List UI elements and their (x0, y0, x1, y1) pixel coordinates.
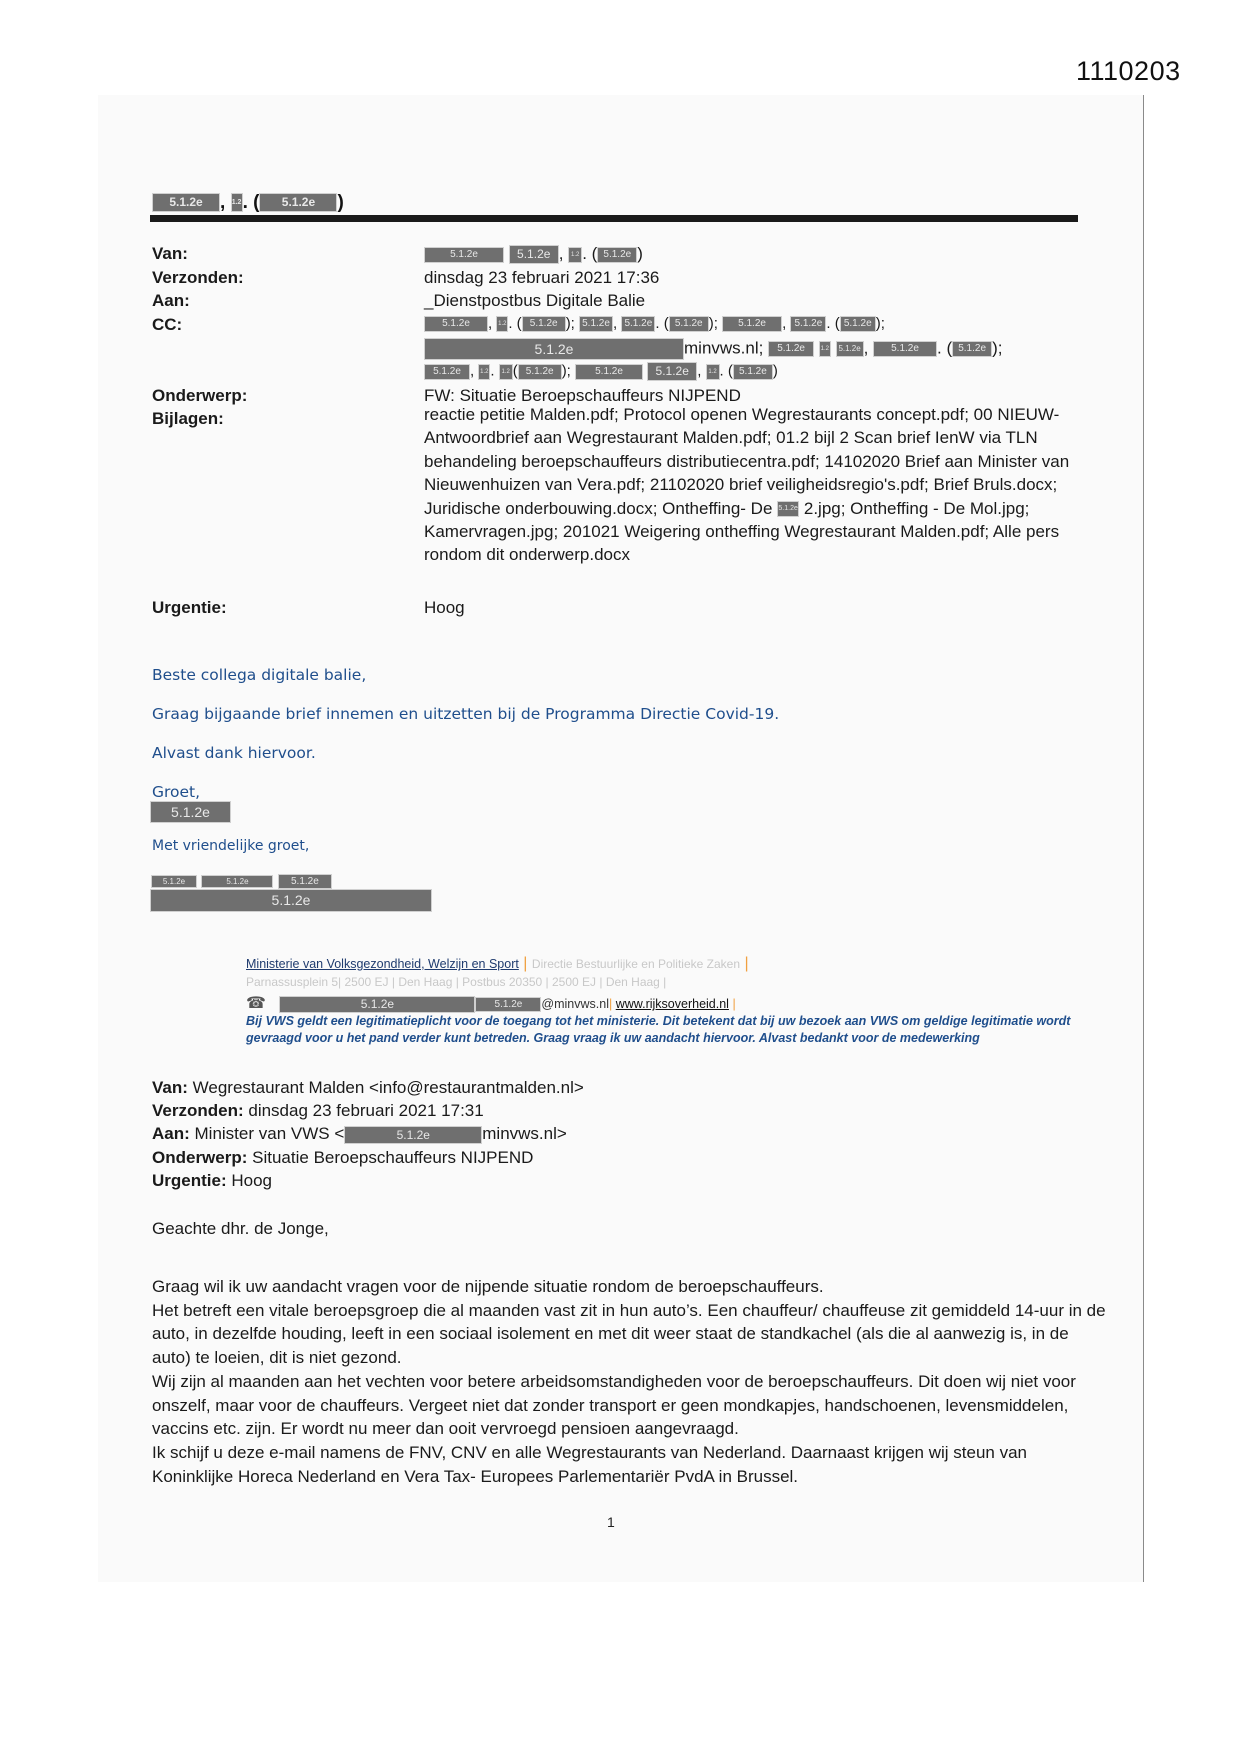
redaction: 5.1.2e (518, 364, 562, 380)
orig-to-prefix: Minister van VWS < (195, 1124, 345, 1143)
redaction: 5.1.2e (790, 316, 826, 332)
redaction: 5.1.2e (647, 362, 697, 381)
email-domain: @minvws.nl (541, 997, 609, 1011)
redaction: 5.1.2e (669, 316, 709, 332)
redaction: 1.2 (496, 316, 508, 332)
redaction: 1.2 (568, 247, 582, 263)
punctuation: . ( (243, 192, 260, 213)
redaction: 5.1.2e (873, 341, 937, 357)
orig-subject: Onderwerp: Situatie Beroepschauffeurs NI… (152, 1148, 533, 1168)
paragraph: Ik schijf u deze e-mail namens de FNV, C… (152, 1441, 1112, 1488)
redaction: 5.1.2e (279, 996, 475, 1013)
separator: | (609, 997, 612, 1011)
orig-sent: Verzonden: dinsdag 23 februari 2021 17:3… (152, 1101, 484, 1121)
orig-urgency-value: Hoog (231, 1171, 272, 1190)
redaction: 5.1.2e (259, 193, 337, 212)
punctuation: ) (337, 192, 343, 213)
redaction: 5.1.2e (424, 316, 488, 332)
page-number: 1 (607, 1514, 615, 1530)
redaction: 5.1.2e (424, 247, 504, 263)
paragraph: Wij zijn al maanden aan het vechten voor… (152, 1370, 1112, 1441)
attachments-label: Bijlagen: (152, 409, 224, 429)
redaction: 5.1.2e (150, 801, 231, 823)
redaction: 5.1.2e (952, 341, 992, 357)
orig-sent-value: dinsdag 23 februari 2021 17:31 (248, 1101, 483, 1120)
orig-to: Aan: Minister van VWS <5.1.2eminvws.nl> (152, 1124, 567, 1144)
redaction: 5.1.2e (575, 364, 643, 380)
redaction: 5.1.2e (424, 364, 470, 380)
from-label: Van: (152, 244, 188, 264)
signature-contact-line: ☎ 5.1.2e5.1.2e@minvws.nl| www.rijksoverh… (246, 993, 736, 1013)
telephone-icon: ☎ (246, 995, 266, 1012)
redaction: 1.2 (706, 364, 720, 380)
redaction: 5.1.2e (344, 1126, 482, 1144)
redaction: 5.1.2e (150, 889, 432, 912)
subject-label: Onderwerp: (152, 386, 247, 406)
legitimation-notice: Bij VWS geldt een legitimatieplicht voor… (246, 1013, 1086, 1046)
orig-subject-label: Onderwerp: (152, 1148, 247, 1167)
redaction: 5.1.2e (840, 316, 876, 332)
redaction: 5.1.2e (278, 874, 332, 889)
redaction: 5.1.2e (768, 341, 814, 357)
from-value: 5.1.2e 5.1.2e, 1.2. (5.1.2e) (424, 244, 643, 264)
sent-value: dinsdag 23 februari 2021 17:36 (424, 268, 659, 288)
closing: Groet, (152, 783, 200, 801)
signature-title-redacted: 5.1.2e (150, 889, 432, 912)
orig-to-suffix: minvws.nl> (482, 1124, 567, 1143)
urgency-value: Hoog (424, 598, 465, 618)
directorate: Directie Bestuurlijke en Politieke Zaken (532, 957, 740, 971)
to-value: _Dienstpostbus Digitale Balie (424, 291, 645, 311)
redaction: 5.1.2e (836, 341, 864, 357)
redaction: 5.1.2e (475, 997, 541, 1012)
orig-from-value: Wegrestaurant Malden <info@restaurantmal… (193, 1078, 584, 1097)
redaction: 5.1.2e (777, 501, 799, 517)
attachments-value: reactie petitie Malden.pdf; Protocol ope… (424, 403, 1074, 567)
separator: | (523, 955, 527, 972)
redaction: 5.1.2e (597, 247, 637, 263)
paragraph: Graag wil ik uw aandacht vragen voor de … (152, 1275, 1112, 1299)
sent-label: Verzonden: (152, 268, 244, 288)
separator: | (732, 997, 735, 1011)
header-rule (150, 215, 1078, 222)
mailbox-owner-line: 5.1.2e, 1.2. (5.1.2e) (152, 192, 344, 214)
orig-urgency: Urgentie: Hoog (152, 1171, 272, 1191)
redaction: 5.1.2e (152, 193, 220, 212)
redaction: 5.1.2e (509, 245, 559, 264)
ministry-link[interactable]: Ministerie van Volksgezondheid, Welzijn … (246, 957, 519, 971)
cc-value-line3: 5.1.2e, 1.2. 1.2(5.1.2e); 5.1.2e 5.1.2e,… (424, 362, 778, 381)
paragraph: Het betreft een vitale beroepsgroep die … (152, 1299, 1112, 1370)
redaction: 1.2 (819, 341, 831, 357)
cc-value-line2: 5.1.2eminvws.nl; 5.1.2e 1.2 5.1.2e, 5.1.… (424, 338, 1003, 360)
orig-from-label: Van: (152, 1078, 188, 1097)
closing-2: Met vriendelijke groet, (152, 838, 309, 854)
redaction: 5.1.2e (722, 316, 782, 332)
separator: | (744, 955, 748, 972)
redaction: 5.1.2e (579, 316, 613, 332)
website-link[interactable]: www.rijksoverheid.nl (616, 997, 729, 1011)
orig-sent-label: Verzonden: (152, 1101, 244, 1120)
redaction: 5.1.2e (201, 875, 273, 888)
redaction: 5.1.2e (424, 338, 684, 360)
signature-address: Parnassusplein 5| 2500 EJ | Den Haag | P… (246, 975, 666, 989)
cc-domain: minvws.nl; (684, 338, 763, 357)
redaction: 5.1.2e (733, 364, 773, 380)
orig-from: Van: Wegrestaurant Malden <info@restaura… (152, 1078, 584, 1098)
orig-subject-value: Situatie Beroepschauffeurs NIJPEND (252, 1148, 533, 1167)
letter-body: Graag wil ik uw aandacht vragen voor de … (152, 1275, 1112, 1488)
redaction: 1.2 (231, 193, 243, 212)
redaction: 5.1.2e (151, 875, 197, 888)
orig-to-label: Aan: (152, 1124, 190, 1143)
to-label: Aan: (152, 291, 190, 311)
greeting: Beste collega digitale balie, (152, 666, 366, 684)
signature-ministry-line: Ministerie van Volksgezondheid, Welzijn … (246, 955, 749, 973)
salutation: Geachte dhr. de Jonge, (152, 1219, 329, 1239)
body-line-1: Graag bijgaande brief innemen en uitzett… (152, 705, 779, 723)
urgency-label: Urgentie: (152, 598, 227, 618)
orig-urgency-label: Urgentie: (152, 1171, 227, 1190)
cc-value-line1: 5.1.2e, 1.2. (5.1.2e); 5.1.2e, 5.1.2e. (… (424, 315, 885, 332)
redaction: 5.1.2e (621, 316, 655, 332)
punctuation: , (220, 192, 225, 213)
body-line-2: Alvast dank hiervoor. (152, 744, 316, 762)
redaction: 1.2 (478, 364, 490, 380)
redaction: 5.1.2e (522, 316, 566, 332)
sender-name-redacted: 5.1.2e (150, 801, 231, 823)
document-id: 1110203 (1076, 56, 1181, 87)
cc-label: CC: (152, 315, 182, 335)
redaction: 1.2 (499, 364, 513, 380)
